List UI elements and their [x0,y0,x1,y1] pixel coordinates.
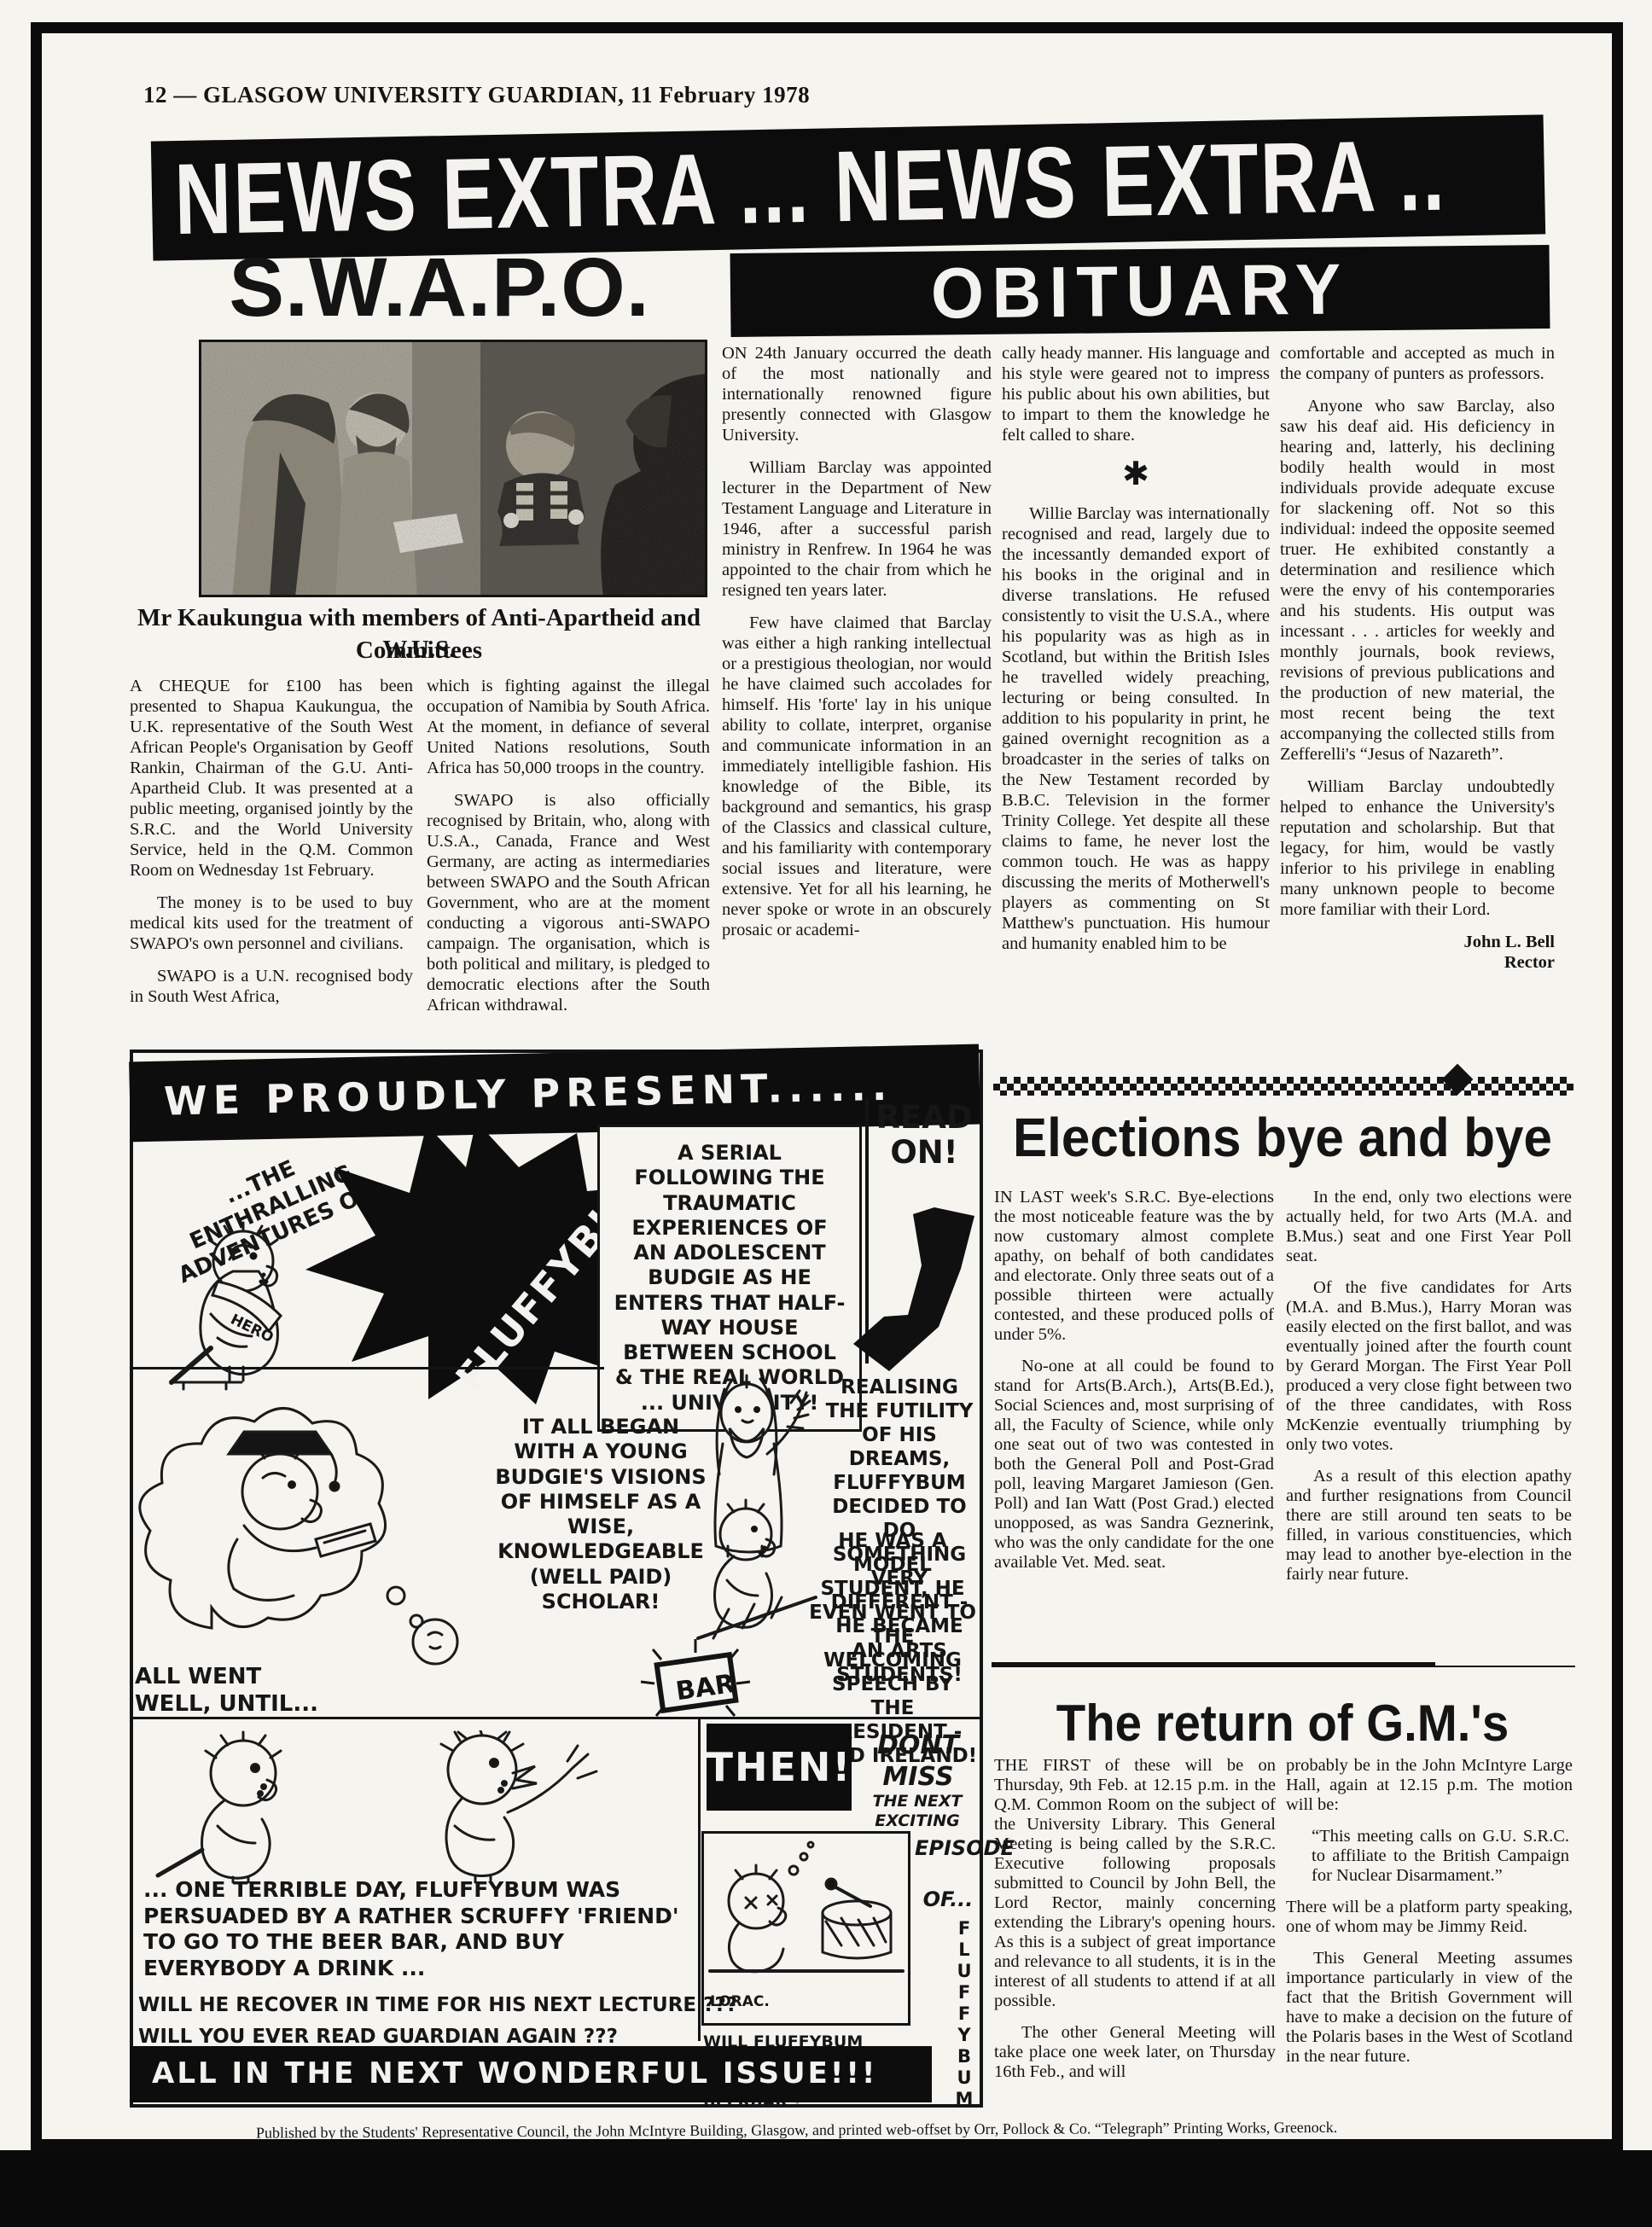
final-banner: ALL IN THE NEXT WONDERFUL ISSUE!!! [130,2046,932,2102]
newspaper-page: 12 — GLASGOW UNIVERSITY GUARDIAN, 11 Feb… [0,0,1652,2227]
comic-question-1: WILL HE RECOVER IN TIME FOR HIS NEXT LEC… [138,1993,727,2017]
gms-column-1: THE FIRST of these will be on Thursday, … [994,1756,1276,2094]
elections-paragraph: As a result of this election apathy and … [1286,1467,1572,1584]
comic-caption-allwentwell: ALL WENT WELL, UNTIL... [135,1664,340,1718]
dream-cloud-drawing [135,1372,476,1679]
obituary-banner: OBITUARY [730,245,1550,337]
news-photo [199,340,707,597]
elections-paragraph: IN LAST week's S.R.C. Bye-elections the … [994,1188,1274,1345]
elections-column-1: IN LAST week's S.R.C. Bye-elections the … [994,1188,1274,1584]
student-budgie-drawing [693,1495,821,1648]
gms-paragraph: The other General Meeting will take plac… [994,2023,1276,2082]
bar-sign: BAR [627,1634,764,1728]
episode-text: EPISODE [915,1836,981,1861]
obituary-paragraph: Few have claimed that Barclay was either… [722,613,992,940]
comic-panel-rule [130,1367,604,1369]
gms-paragraph: There will be a platform party speaking,… [1286,1898,1573,1937]
obituary-paragraph: cally heady manner. His language and his… [1002,343,1270,445]
dotted-rule [993,1077,1573,1096]
gms-paragraph: THE FIRST of these will be on Thursday, … [994,1756,1276,2011]
read-on-arrow-icon [853,1207,981,1378]
elections-paragraph: Of the five candidates for Arts (M.A. an… [1286,1278,1572,1455]
gms-paragraph: probably be in the John McIntyre Large H… [1286,1756,1573,1815]
obituary-headline: OBITUARY [931,247,1350,334]
then-banner: THEN! [707,1724,852,1811]
gms-headline: The return of G.M.'s [1009,1694,1555,1753]
comic-banner-text: WE PROUDLY PRESENT...... [130,1062,893,1126]
elections-headline: Elections bye and bye [1009,1106,1555,1169]
swapo-paragraph: A CHEQUE for £100 has been presented to … [130,676,413,881]
elections-paragraph: In the end, only two elections were actu… [1286,1188,1572,1266]
obituary-column-2: cally heady manner. His language and his… [1002,343,1270,966]
obituary-paragraph: William Barclay was appointed lecturer i… [722,457,992,601]
two-budgies-drawing [141,1730,670,1884]
gms-motion-quote: “This meeting calls on G.U. S.R.C. to af… [1286,1827,1573,1886]
elections-paragraph: No-one at all could be found to stand fo… [994,1357,1274,1573]
obituary-paragraph: comfortable and accepted as much in the … [1280,343,1555,384]
fluffybum-vertical-title: FLUFFYBUM [935,1918,974,2102]
obituary-paragraph: ON 24th January occurred the death of th… [722,343,992,445]
comic-question-2: WILL YOU EVER READ GUARDIAN AGAIN ??? [138,2025,727,2049]
next-exciting-text: THE NEXT EXCITING [853,1792,981,1831]
swapo-column-1: A CHEQUE for £100 has been presented to … [130,676,413,1019]
asterisk-separator-icon: ✱ [1002,457,1270,491]
comic-panel-rule [698,1717,701,2041]
swapo-paragraph: The money is to be used to buy medical k… [130,893,413,954]
dont-miss-text: DONT MISS [858,1730,978,1793]
then-text: THEN! [707,1743,852,1791]
obituary-paragraph: Anyone who saw Barclay, also saw his dea… [1280,396,1555,765]
section-rule [992,1666,1575,1667]
news-photo-illustration [199,340,707,597]
swapo-paragraph: which is fighting against the illegal oc… [427,676,710,778]
of-text: OF... [915,1887,981,1912]
elections-column-2: In the end, only two elections were actu… [1286,1188,1572,1596]
obituary-column-1: ON 24th January occurred the death of th… [722,343,992,952]
obituary-signature: John L. Bell [1280,932,1555,952]
gms-column-2: probably be in the John McIntyre Large H… [1286,1756,1573,2079]
obituary-column-3: comfortable and accepted as much in the … [1280,343,1555,973]
swapo-paragraph: SWAPO is also officially recognised by B… [427,790,710,1015]
final-banner-text: ALL IN THE NEXT WONDERFUL ISSUE!!! [130,2056,877,2091]
comic-caption-terrible: ... ONE TERRIBLE DAY, FLUFFYBUM WAS PERS… [143,1877,689,1981]
gms-paragraph: This General Meeting assumes importance … [1286,1949,1573,2067]
read-on-text: READ ON! [872,1101,976,1170]
news-extra-text: NEWS EXTRA ... NEWS EXTRA .. [151,120,1239,259]
swapo-headline: S.W.A.P.O. [166,246,713,329]
swapo-column-2: which is fighting against the illegal oc… [427,676,710,1027]
swapo-paragraph: SWAPO is a U.N. recognised body in South… [130,966,413,1007]
masthead: 12 — GLASGOW UNIVERSITY GUARDIAN, 11 Feb… [143,82,810,108]
drunk-budgie-drawing [705,1835,908,1992]
comic-caption-began: IT ALL BEGAN WITH A YOUNG BUDGIE'S VISIO… [493,1415,708,1614]
photo-caption-line2: Committees [128,635,710,666]
scan-bottom-band [0,2150,1652,2227]
comic-panel-rule [130,1717,980,1719]
obituary-paragraph: Willie Barclay was internationally recog… [1002,503,1270,954]
obituary-signature-title: Rector [1280,952,1555,973]
obituary-paragraph: William Barclay undoubtedly helped to en… [1280,776,1555,920]
